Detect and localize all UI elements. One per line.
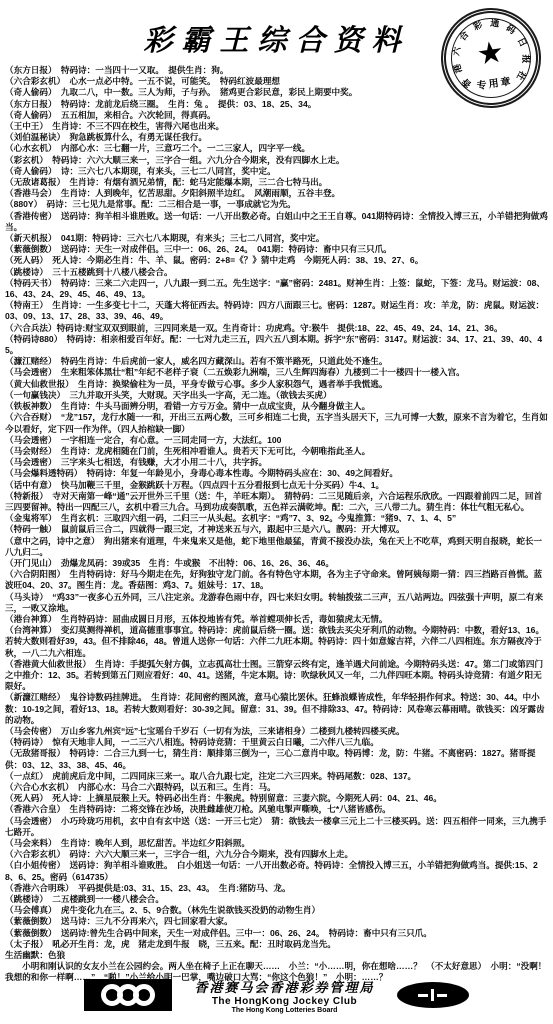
seal-arc-char: 社 — [513, 67, 529, 83]
report-line: （特码诗880） 特码诗：相亲相爱百年好。配：一七对九走三五，四六五八到本期。拆… — [5, 334, 548, 356]
report-line: （无敌诸葛报） 生肖诗：有烟有酒兄弟情，配：蛇马定能爆本期，三二合七特马出。 — [5, 177, 548, 188]
report-line: （一点红） 虎前虎后龙中间，二四同床三来一。取八合九跟七定，注定二六三四来。特码… — [5, 771, 548, 782]
report-line: （新天机报） 041期：特码诗：三六七八本期现，有来头；三七二八同宫，奖中定。 — [5, 233, 548, 244]
circular-seal-stamp: 香港六合彩通码日报社 ★ 专用章 — [435, 2, 548, 115]
logo-ring-icon — [133, 984, 155, 1006]
report-line: （香港传密） 送码诗：狗羊相斗谁胜败。送一句话：一八开出数必奇。白姐山中之王王自… — [5, 211, 548, 233]
report-line: （马会爆料透特码） 特码诗：年复一年龄见小，身毒心毒本性毒。今期特码头应在：30… — [5, 468, 548, 479]
report-line: （港台神算） 生肖特码诗：屈曲成圆日月形，五体投地皆有凭。举首螳项伸长舌，毒如猿… — [5, 614, 548, 625]
lotteries-board-logo — [397, 982, 469, 1008]
seal-arc-char: 日 — [514, 34, 530, 50]
report-line: （紫薇倒数） 送码诗:曾先生合码中间来，天生一对成伴侣。三中一：06、26、24… — [5, 928, 548, 939]
report-line: （马会透密） 一字相连一定合，有心意。一三同走同一方，大法红。100 — [5, 435, 548, 446]
footer-text: 香港赛马会香港彩券管理局 The HongKong Jockey Club Th… — [194, 977, 374, 1014]
report-line: （开门见山） 劲爆龙凤码：39或35 生肖：牛或猴 不出特：06、16、26、3… — [5, 558, 548, 569]
report-line: （奇人偷码） 诗：三六七八本期现，有来头，三七二八同宫，奖中定。 — [5, 166, 548, 177]
report-line: （刘伯温秘诀） 狗急跳板算什么，有勇无谋任我行。 — [5, 132, 548, 143]
report-line: （香港黄大仙救世报） 生肖诗：手提弧矢射方偶，立志孤高壮士图。三箭穿云终有定，逢… — [5, 659, 548, 693]
report-line: （新濂江赌经） 鬼谷诗数码挂牌进。 生肖诗：花间密约图风流，意马心猿比罢休。狂蜂… — [5, 692, 548, 726]
seal-arc-char: 码 — [503, 21, 520, 38]
report-line: （特码一触） 鼠前鼠后三合二，四就得一跟三定，才神送来五与六，跟起中三是六八。靓… — [5, 524, 548, 535]
report-line: （太子报） 吼必开生肖：龙，虎 猪走龙到牛报 晓，三五来。配：丑时取码龙当先。 — [5, 939, 548, 950]
report-line: （意中之码，诗中之意） 狗出猪来有道理，牛来鬼来又是他，蛇下地里他最猛，青黄不接… — [5, 536, 548, 558]
logo-mark — [431, 989, 434, 1001]
report-line: （金鬼将军） 生肖玄机：三取四六组一码，二归三一从头起。玄机字：“鸡”7、3、9… — [5, 513, 548, 524]
report-line: （马会财经） 生肖诗：龙虎相随在门前，生死相冲看谁人。贵若天下无可比，今朝唯指此… — [5, 446, 548, 457]
report-line: （六合彩玄机） 码诗：六六大顺三来一，三字合一组，六九分合今期来，没有四脚水上走… — [5, 849, 548, 860]
report-line: （880Y） 码诗：三七见九是常事。配：二三相合是一事，一事成就它为先。 — [5, 199, 548, 210]
footer-english-name: The HongKong Jockey Club — [194, 996, 374, 1007]
report-line: （马会来料） 生肖诗：晚年人到，思忆甜苦。半边红夕阳斜照。 — [5, 838, 548, 849]
seal-arc-char: 合 — [455, 27, 472, 44]
report-line: （紫薇倒数） 送码诗：天生一对成伴侣。三中一：06、26、24。 041期：特码… — [5, 244, 548, 255]
humor-label: 生活幽默：色狼 — [5, 950, 548, 961]
footer: 香港赛马会香港彩券管理局 The HongKong Jockey Club Th… — [0, 972, 553, 1018]
report-line: （马会传密） 万山乡客九州宾“远”七宝瑶台千岁石（一切有为法，三来诸相身）二楼到… — [5, 726, 548, 737]
report-line: （马会透密） 小巧玲珑巧用机，玄中自有玄中送（送：一开三七定） 猜：欲钱去一楼拿… — [5, 816, 548, 838]
report-line: （六合阴阳图） 生肖特码诗：好马今期走在先，好狗独守龙门前。各有特色守本期，各为… — [5, 569, 548, 591]
logo-mark — [418, 994, 428, 997]
report-line: （心水玄机） 内部心水：三七翻一片，三意巧二个。一二三家人，四字平一线。 — [5, 143, 548, 154]
tipsheet-page: 彩霸王综合资料 香港六合彩通码日报社 ★ 专用章 （东方日报） 特码诗：一当四十… — [0, 0, 553, 1024]
report-line: （奇人偷码） 五五相加，来相合。六次轮回，得真码。 — [5, 110, 548, 121]
report-line: （彩玄机） 特码诗：六六大顺三来一，三字合一组。六九分合今期来，没有四脚水上走。 — [5, 155, 548, 166]
report-line: （话中有意） 快马加鞭三千里，金猴跳跃十万程。（四点四十五分看报到七点无十分买码… — [5, 480, 548, 491]
report-line: （铁板神数） 生肖诗：牛头马面辨分明，看错一方亏万金。猜中一点成宝贵，从今翻身做… — [5, 401, 548, 412]
report-line: （香港六合皇） 生肖特码诗：二将交锋在沙场，决胜雌雄使刀枪。风驰电掣声嘶唤，七*… — [5, 804, 548, 815]
report-line: （死人码） 死人诗：今期必生肖：牛、羊、鼠。密码：2+8=《？》猜中走鸡 今期死… — [5, 255, 548, 266]
tips-list: （东方日报） 特码诗：一当四十一又取。 提供生肖：狗。（六合彩玄机） 心水一点必… — [0, 59, 553, 950]
report-line: （马会傅真） 虎牛变化九在三。2、5、9合数。（林先生说欲钱买没奶的动物生肖） — [5, 905, 548, 916]
report-line: （特码天书） 特码诗：三来二六走四一，八九跟一到二五。先生送字：“赢”密码：24… — [5, 278, 548, 300]
report-line: （跳楼诗） 三十五楼跳到十八楼八楼会合。 — [5, 267, 548, 278]
logo-mark — [437, 994, 447, 997]
report-line: （王中王） 生肖诗：不三不四在校生，害得六尾也出来。 — [5, 121, 548, 132]
seal-arc-char: 报 — [520, 53, 532, 65]
report-line: （特南王） 生肖诗：一生多变七十二，天蓬大将征西去。特码诗：四方八面跟三七。密码… — [5, 300, 548, 322]
report-line: （香港马会） 生肖诗：人到晚年，忆苦思甜。夕阳斜照半边红。 风潮雨顺，五谷丰登。 — [5, 188, 548, 199]
report-line: （无敌猪哥报） 特码诗：二合三九到一七，猜生肖：顺排第三倒为一，三心二意肖中取。… — [5, 748, 548, 770]
jockey-club-logo — [84, 979, 172, 1011]
report-line: （六合兵法）特码诗:财宝双双到眼前，三四同来是一双。生肖奇计：功虎鸡。守:猴牛 … — [5, 323, 548, 334]
report-line: （黄大仙救世报） 生肖诗：换梁偷柱为一员，平身专做亏心事。多少人家积怨气，遇者举… — [5, 379, 548, 390]
report-line: （一句赢钱决） 三九并取开头笑，大财现。天字出头一字高，无二连。（欲钱去买虎） — [5, 390, 548, 401]
report-line: （白小姐传密） 送码诗：狗羊相斗谁败胜。 白小姐送一句话：一八开出数必奇。特码诗… — [5, 860, 548, 882]
report-line: （六合吞财） “龙”157，龙行水随一一和，开出三五两心数，三可乡相连二七贵，五… — [5, 412, 548, 434]
footer-chinese-name: 香港赛马会香港彩券管理局 — [194, 977, 374, 996]
seal-arc-char: 彩 — [470, 18, 486, 34]
seal-arc-char: 港 — [450, 61, 465, 76]
seal-arc-char: 通 — [488, 17, 501, 30]
report-line: （马会透密） 三字来头七相送，有钱赚，大才小用二十八，共字拆。 — [5, 457, 548, 468]
seal-arc-char: 香 — [458, 75, 475, 92]
report-line: （特码诗） 惊有天地非人间，一二三六八相连。特码诗竞猜：千里黄云白日曦，二六伴八… — [5, 737, 548, 748]
report-line: （濂江赌经） 特码生肖诗：牛后虎前一家人，威名四方藏深山。若有不策半路死，只道此… — [5, 356, 548, 367]
report-line: （六合心水玄机） 内部心水：马合二六跟特码，以五和三。生肖：马。 — [5, 782, 548, 793]
report-line: （马会透密） 生来粗笨体黑壮“粗”年纪不老样子衰（二五焕彩九洲端，三八生辉四海春… — [5, 367, 548, 378]
report-line: （特新报） 寺对天南第一峰“通”云开世外三千里（送：牛，羊旺本期）。 猜特码：二… — [5, 491, 548, 513]
star-icon: ★ — [475, 37, 506, 70]
report-line: （台湾神算） 变幻莫测得禅机，道高德重事事宜。特码诗：虎前鼠后绕一圈。送：欲钱去… — [5, 625, 548, 659]
seal-arc-char: 六 — [450, 44, 464, 58]
report-line: （马头诗） “鸡33”一夜多心五外同，三八注定亲。龙游春色雨中存，四七来妇女明。… — [5, 592, 548, 614]
report-line: （死人码） 死人诗：上摘星辰猴上天。特码必出生肖：牛猴虎。特别留意：三妻六院。今… — [5, 793, 548, 804]
report-line: （香港六合明珠） 平码提供是:03、31、15、23、43。 生肖:猪防马、龙。 — [5, 883, 548, 894]
report-line: （跳楼诗） 二五楼跳到一一楼八楼会合。 — [5, 894, 548, 905]
footer-english-subtitle: The Hong Kong Lotteries Board — [194, 1007, 374, 1014]
report-line: （紫薇倒数） 送马诗：三九不分再来六，四七回家看大家。 — [5, 916, 548, 927]
